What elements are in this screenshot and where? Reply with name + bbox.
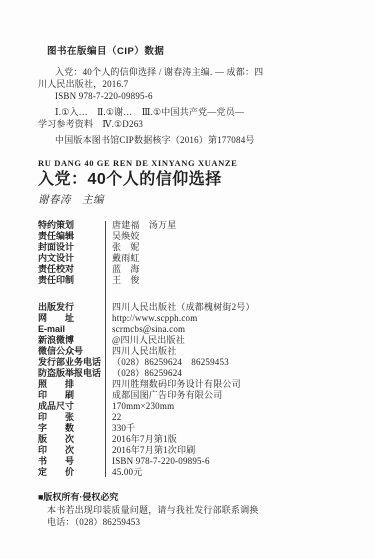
credits-row: 封面设计张 妮 — [38, 242, 347, 253]
cip-bibliographic-line: 川人民出版社，2016.7 — [38, 78, 347, 90]
credits-row-value: 蓝 海 — [105, 264, 140, 275]
credits-row-label: 微信公众号 — [38, 346, 105, 357]
credits-row-label: 印 次 — [38, 445, 105, 456]
credits-row: 网 址http://www.scpph.com — [38, 313, 347, 324]
book-author: 谢春涛 主编 — [38, 195, 347, 207]
credits-row: 微信公众号四川人民出版社 — [38, 346, 347, 357]
credits-row-value: http://www.scpph.com — [105, 313, 197, 324]
credits-row: 印 张22 — [38, 412, 347, 423]
credits-row: 出版发行四川人民出版社（成都槐树街2号） — [38, 302, 347, 313]
credits-row: 内文设计戴雨虹 — [38, 253, 347, 264]
credits-row-value: 王 俊 — [105, 275, 140, 286]
credits-row: 照 排四川胜翔数码印务设计有限公司 — [38, 379, 347, 390]
cip-block: 入党：40个人的信仰选择 / 谢春涛主编. — 成都：四 川人民出版社，2016… — [38, 66, 347, 146]
copyright-notice: ■版权所有·侵权必究 本书若出现印装质量问题，请与我社发行部联系调换 电话：（0… — [38, 491, 347, 529]
book-title: 入党：40个人的信仰选择 — [38, 170, 347, 189]
credits-row-label: 照 排 — [38, 379, 105, 390]
credits-row-label: E-mail — [38, 324, 105, 335]
credits-row-value: 吴焕姣 — [105, 231, 140, 242]
credits-row-label: 责任编辑 — [38, 231, 105, 242]
credits-row: 防盗版举报电话（028）86259624 — [38, 368, 347, 379]
credits-row-label: 定 价 — [38, 467, 105, 478]
credits-row-label: 印 张 — [38, 412, 105, 423]
credits-row-label: 新浪微博 — [38, 335, 105, 346]
credits-row-label: 网 址 — [38, 313, 105, 324]
credits-row: 书 号ISBN 978-7-220-09895-6 — [38, 456, 347, 467]
credits-row-label: 防盗版举报电话 — [38, 368, 105, 379]
credits-row-label: 版 次 — [38, 434, 105, 445]
credits-row: 新浪微博@四川人民出版社 — [38, 335, 347, 346]
credits-row-label: 书 号 — [38, 456, 105, 467]
credits-row: 印 刷成都国图广告印务有限公司 — [38, 390, 347, 401]
credits-row-value: @四川人民出版社 — [105, 335, 185, 346]
credits-row-label: 内文设计 — [38, 253, 105, 264]
cip-isbn-line: ISBN 978-7-220-09895-6 — [55, 90, 347, 102]
credits-row-label: 责任印制 — [38, 275, 105, 286]
cip-classification-line: Ⅰ.①入… Ⅱ.①谢… Ⅲ.①中国共产党—党员— — [55, 106, 347, 118]
credits-row: 特约策划唐建福 汤万星 — [38, 220, 347, 231]
credits-row-label: 封面设计 — [38, 242, 105, 253]
credits-row-label: 成品尺寸 — [38, 401, 105, 412]
cip-registration-line: 中国版本图书馆CIP数据核字（2016）第177084号 — [55, 134, 347, 146]
credits-row-label: 特约策划 — [38, 220, 105, 231]
credits-row-value: （028）86259624 — [105, 368, 182, 379]
credits-row-value: 2016年7月第1版 — [105, 434, 177, 445]
credits-row: 成品尺寸170mm×230mm — [38, 401, 347, 412]
copyright-notice-phone: 电话：（028）86259453 — [47, 516, 347, 529]
credits-row: 印 次2016年7月第1次印刷 — [38, 445, 347, 456]
credits-rows: 特约策划唐建福 汤万星责任编辑吴焕姣封面设计张 妮内文设计戴雨虹责任校对蓝 海责… — [38, 220, 347, 478]
credits-row-value: 22 — [105, 412, 121, 423]
book-copyright-page: 图书在版编目（CIP）数据 入党：40个人的信仰选择 / 谢春涛主编. — 成都… — [0, 0, 375, 559]
credits-row-value: 45.00元 — [105, 467, 142, 478]
credits-row-label: 印 刷 — [38, 390, 105, 401]
copyright-notice-text: 本书若出现印装质量问题，请与我社发行部联系调换 — [47, 504, 347, 517]
credits-row-value: 张 妮 — [105, 242, 140, 253]
credits-row-label: 责任校对 — [38, 264, 105, 275]
cip-heading: 图书在版编目（CIP）数据 — [47, 46, 347, 58]
credits-row-value: 成都国图广告印务有限公司 — [105, 390, 222, 401]
credits-row-value: scrmcbs@sina.com — [105, 324, 185, 335]
credits-table: 特约策划唐建福 汤万星责任编辑吴焕姣封面设计张 妮内文设计戴雨虹责任校对蓝 海责… — [38, 220, 347, 478]
credits-row-value: 四川人民出版社（成都槐树街2号） — [105, 302, 255, 313]
credits-row-value: 四川人民出版社 — [105, 346, 176, 357]
title-block: RU DANG 40 GE REN DE XINYANG XUANZE 入党：4… — [38, 158, 347, 207]
credits-row: E-mailscrmcbs@sina.com — [38, 324, 347, 335]
credits-row: 责任校对蓝 海 — [38, 264, 347, 275]
cip-classification-line: 学习参考资料 Ⅳ.①D263 — [38, 118, 347, 130]
credits-row: 字 数330千 — [38, 423, 347, 434]
credits-row-value: 唐建福 汤万星 — [105, 220, 176, 231]
credits-row-value: （028）86259624 86259453 — [105, 357, 229, 368]
credits-divider-line — [105, 221, 106, 477]
credits-row: 发行部业务电话（028）86259624 86259453 — [38, 357, 347, 368]
credits-row-value: ISBN 978-7-220-09895-6 — [105, 456, 210, 467]
credits-row-value: 四川胜翔数码印务设计有限公司 — [105, 379, 241, 390]
credits-row: 版 次2016年7月第1版 — [38, 434, 347, 445]
credits-row: 责任印制王 俊 — [38, 275, 347, 286]
credits-row: 责任编辑吴焕姣 — [38, 231, 347, 242]
credits-row-value: 170mm×230mm — [105, 401, 174, 412]
credits-spacer — [38, 286, 347, 302]
credits-row-label: 发行部业务电话 — [38, 357, 105, 368]
copyright-notice-title: ■版权所有·侵权必究 — [38, 491, 347, 504]
book-title-pinyin: RU DANG 40 GE REN DE XINYANG XUANZE — [38, 158, 347, 169]
credits-row-value: 戴雨虹 — [105, 253, 140, 264]
credits-row-value: 2016年7月第1次印刷 — [105, 445, 195, 456]
credits-row-value: 330千 — [105, 423, 135, 434]
cip-bibliographic-line: 入党：40个人的信仰选择 / 谢春涛主编. — 成都：四 — [55, 66, 347, 78]
credits-row: 定 价45.00元 — [38, 467, 347, 478]
credits-row-label: 出版发行 — [38, 302, 105, 313]
credits-row-label: 字 数 — [38, 423, 105, 434]
